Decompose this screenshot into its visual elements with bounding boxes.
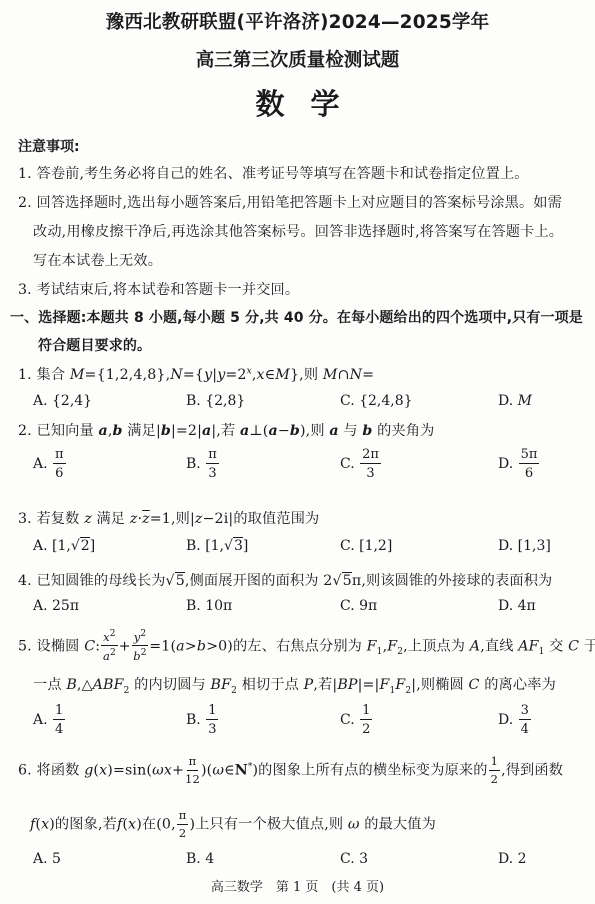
fraction-numerator: 1	[53, 704, 65, 720]
note-item-2-cont: 改动,用橡皮擦干净后,再选涂其他答案标号。回答非选择题时,将答案写在答题卡上。	[33, 221, 563, 241]
question-6-stem-line1: 6. 将函数 g(x)=sin(ωx+π12)(ω∈N*)的图象上所有点的横坐标…	[18, 756, 563, 785]
fraction-denominator: 4	[55, 720, 63, 736]
fraction-numerator: π	[206, 448, 219, 464]
fraction-denominator: 3	[208, 720, 216, 736]
exam-title-line1: 豫西北教研联盟(平许洛济)2024—2025学年	[0, 8, 595, 34]
fraction-numerator: 3	[519, 704, 531, 720]
section-heading-line2: 符合题目要求的。	[38, 335, 151, 355]
question-6-stem-line2: f(x)的图象,若f(x)在(0,π2)上只有一个极大值点,则 ω 的最大值为	[30, 810, 436, 839]
question-number: 1.	[18, 367, 32, 383]
option-label: D.	[498, 712, 513, 728]
question-number: 3.	[18, 511, 32, 527]
fraction-denominator: 6	[55, 464, 63, 480]
question-5-stem-line2: 一点 B,△ABF2 的内切圆与 BF2 相切于点 P,若|BP|=|F1F2|…	[33, 674, 556, 696]
question-5-option-d: D. 34	[498, 704, 532, 736]
section-heading-line1: 一、选择题:本题共 8 小题,每小题 5 分,共 40 分。在每小题给出的四个选…	[10, 307, 583, 327]
question-5-option-b: B. 13	[186, 704, 219, 736]
fraction-numerator: 2π	[360, 448, 381, 464]
question-3-option-c: C. [1,2]	[340, 538, 392, 554]
fraction-numerator: 1	[206, 704, 218, 720]
fraction-denominator: 3	[208, 464, 216, 480]
question-3-option-a: A. [1,√2]	[33, 538, 95, 554]
question-2-stem: 2. 已知向量 a,b 满足|b|=2|a|,若 a⊥(a−b),则 a 与 b…	[18, 420, 434, 440]
question-number: 5.	[18, 638, 32, 654]
question-2-option-a: A. π6	[33, 448, 67, 480]
question-4-option-a: A. 25π	[33, 598, 79, 614]
fraction-denominator: 2	[362, 720, 370, 736]
note-item-2: 2. 回答选择题时,选出每小题答案后,用铅笔把答题卡上对应题目的答案标号涂黑。如…	[18, 192, 562, 212]
question-6-option-c: C. 3	[340, 851, 368, 867]
question-5-option-a: A. 14	[33, 704, 66, 736]
fraction-numerator: 5π	[519, 448, 540, 464]
fraction-denominator: 6	[525, 464, 533, 480]
question-6-option-b: B. 4	[186, 851, 214, 867]
note-item-2-cont2: 写在本试卷上无效。	[33, 250, 162, 270]
note-item-3: 3. 考试结束后,将本试卷和答题卡一并交回。	[18, 279, 299, 299]
fraction-denominator: 4	[521, 720, 529, 736]
question-3-option-b: B. [1,√3]	[186, 538, 248, 554]
question-1-option-b: B. {2,8}	[186, 393, 245, 409]
option-label: D.	[498, 456, 513, 472]
note-item-1: 1. 答卷前,考生务必将自己的姓名、准考证号等填写在答题卡和试卷指定位置上。	[18, 163, 529, 183]
question-2-option-c: C. 2π3	[340, 448, 382, 480]
page-footer: 高三数学 第 1 页 (共 4 页)	[0, 876, 595, 895]
option-label: A.	[33, 456, 48, 472]
option-label: A.	[33, 712, 48, 728]
question-4-stem: 4. 已知圆锥的母线长为√5,侧面展开图的面积为 2√5π,则该圆锥的外接球的表…	[18, 570, 552, 590]
question-6-option-d: D. 2	[498, 851, 527, 867]
fraction-denominator: 3	[366, 464, 374, 480]
option-label: B.	[186, 712, 201, 728]
question-1-option-a: A. {2,4}	[33, 393, 92, 409]
option-label: C.	[340, 456, 355, 472]
question-5-stem-line1: 5. 设椭圆 C:x2a2+y2b2=1(a>b>0)的左、右焦点分别为 F1,…	[18, 630, 595, 663]
question-number: 6.	[18, 763, 32, 779]
question-1-stem: 1. 集合 M={1,2,4,8},N={y|y=2x,x∈M},则 M∩N=	[18, 364, 374, 384]
fraction-numerator: π	[53, 448, 66, 464]
question-1-option-d: D. M	[498, 393, 532, 409]
subject-title: 数学	[0, 82, 595, 123]
question-4-option-c: C. 9π	[340, 598, 377, 614]
question-number: 4.	[18, 573, 32, 589]
question-3-stem: 3. 若复数 z 满足 z·z=1,则|z−2i|的取值范围为	[18, 508, 319, 528]
question-number: 2.	[18, 423, 32, 439]
option-label: C.	[340, 712, 355, 728]
option-label: B.	[186, 456, 201, 472]
question-4-option-b: B. 10π	[186, 598, 232, 614]
fraction-numerator: 1	[360, 704, 372, 720]
exam-title-line2: 高三第三次质量检测试题	[0, 46, 595, 72]
question-3-option-d: D. [1,3]	[498, 538, 551, 554]
notes-heading: 注意事项:	[18, 136, 80, 156]
question-5-option-c: C. 12	[340, 704, 373, 736]
question-6-option-a: A. 5	[33, 851, 61, 867]
question-2-option-d: D. 5π6	[498, 448, 540, 480]
question-2-option-b: B. π3	[186, 448, 220, 480]
question-4-option-d: D. 4π	[498, 598, 536, 614]
question-1-option-c: C. {2,4,8}	[340, 393, 413, 409]
